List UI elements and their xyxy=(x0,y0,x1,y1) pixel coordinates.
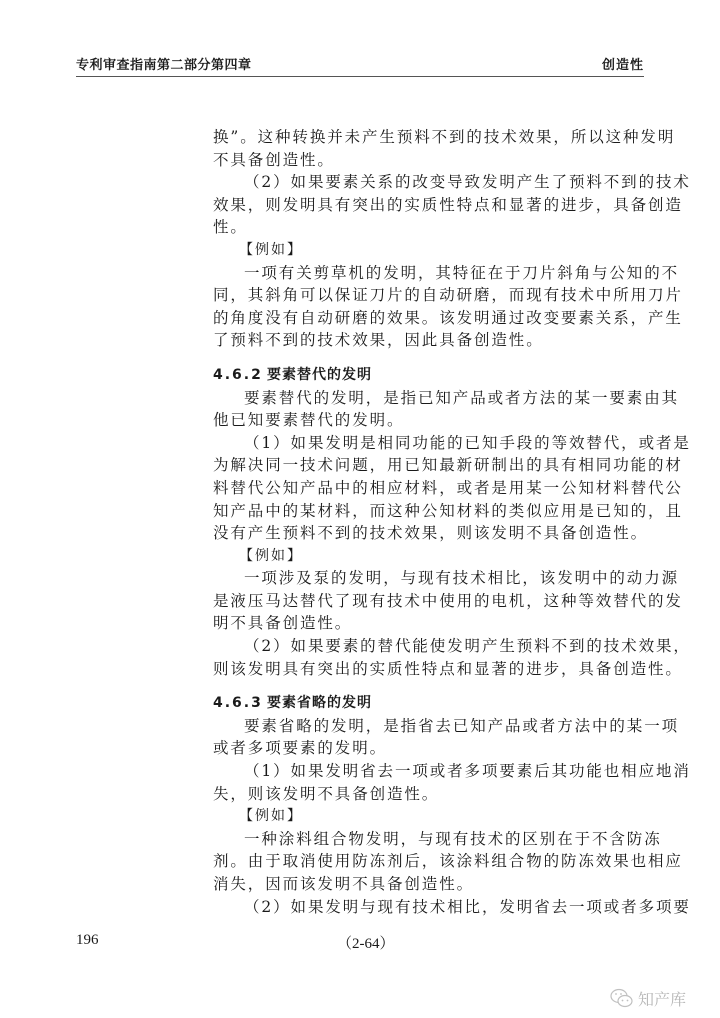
text-line: 同，其斜角可以保证刀片的自动研磨，而现有技术中所用刀片 xyxy=(213,284,647,307)
example-label: 【例如】 xyxy=(213,545,647,568)
watermark: 知产库 xyxy=(610,987,686,1010)
running-header: 专利审查指南第二部分第四章 创造性 xyxy=(76,58,644,77)
text-line: 则该发明具有突出的实质性特点和显著的进步，具备创造性。 xyxy=(213,658,647,681)
text-line: 一种涂料组合物发明，与现有技术的区别在于不含防冻 xyxy=(213,828,647,851)
section-title: 要素替代的发明 xyxy=(267,367,372,383)
text-line: 是液压马达替代了现有技术中使用的电机，这种等效替代的发 xyxy=(213,590,647,613)
intro-block: 换”。这种转换并未产生预料不到的技术效果，所以这种发明 不具备创造性。 （2）如… xyxy=(213,126,647,352)
text-line: 了预料不到的技术效果，因此具备创造性。 xyxy=(213,329,647,352)
text-line: 要素省略的发明，是指省去已知产品或者方法中的某一项 xyxy=(213,715,647,738)
text-line: 要素替代的发明，是指已知产品或者方法的某一要素由其 xyxy=(213,387,647,410)
text-line: （1）如果发明是相同功能的已知手段的等效替代，或者是 xyxy=(213,432,647,455)
text-line: 效果，则发明具有突出的实质性特点和显著的进步，具备创造 xyxy=(213,194,647,217)
wechat-icon xyxy=(610,988,634,1010)
header-section-title: 创造性 xyxy=(602,54,644,73)
section-heading: 4.6.3要素省略的发明 xyxy=(213,692,647,715)
text-line: 或者多项要素的发明。 xyxy=(213,737,647,760)
text-line: （2）如果要素关系的改变导致发明产生了预料不到的技术 xyxy=(213,171,647,194)
text-line: 知产品中的某材料，而这种公知材料的类似应用是已知的，且 xyxy=(213,500,647,523)
text-line: 明不具备创造性。 xyxy=(213,612,647,635)
text-line: 料替代公知产品中的相应材料，或者是用某一公知材料替代公 xyxy=(213,477,647,500)
text-line: （1）如果发明省去一项或者多项要素后其功能也相应地消 xyxy=(213,760,647,783)
text-line: 失，则该发明不具备创造性。 xyxy=(213,783,647,806)
text-line: 一项有关剪草机的发明，其特征在于刀片斜角与公知的不 xyxy=(213,262,647,285)
section-4-6-2: 4.6.2要素替代的发明 要素替代的发明，是指已知产品或者方法的某一要素由其 他… xyxy=(213,364,647,680)
page-number: 196 xyxy=(76,932,99,949)
text-line: 没有产生预料不到的技术效果，则该发明不具备创造性。 xyxy=(213,522,647,545)
text-line: （2）如果发明与现有技术相比，发明省去一项或者多项要 xyxy=(213,896,647,919)
text-line: 剂。由于取消使用防冻剂后，该涂料组合物的防冻效果也相应 xyxy=(213,850,647,873)
header-chapter-title: 专利审查指南第二部分第四章 xyxy=(76,54,252,73)
text-line: 为解决同一技术问题，用已知最新研制出的具有相同功能的材 xyxy=(213,454,647,477)
example-label: 【例如】 xyxy=(213,239,647,262)
text-line: 换”。这种转换并未产生预料不到的技术效果，所以这种发明 xyxy=(213,126,647,149)
text-line: 性。 xyxy=(213,216,647,239)
text-line: 不具备创造性。 xyxy=(213,149,647,172)
section-title: 要素省略的发明 xyxy=(267,695,372,711)
text-line: 的角度没有自动研磨的效果。该发明通过改变要素关系，产生 xyxy=(213,307,647,330)
text-line: 他已知要素替代的发明。 xyxy=(213,409,647,432)
watermark-text: 知产库 xyxy=(638,987,686,1010)
section-number: 4.6.3 xyxy=(213,692,267,715)
section-page-code: （2-64） xyxy=(337,932,395,953)
section-heading: 4.6.2要素替代的发明 xyxy=(213,364,647,387)
section-number: 4.6.2 xyxy=(213,364,267,387)
text-line: 一项涉及泵的发明，与现有技术相比，该发明中的动力源 xyxy=(213,567,647,590)
section-4-6-3: 4.6.3要素省略的发明 要素省略的发明，是指省去已知产品或者方法中的某一项 或… xyxy=(213,692,647,918)
text-line: （2）如果要素的替代能使发明产生预料不到的技术效果， xyxy=(213,635,647,658)
text-line: 消失，因而该发明不具备创造性。 xyxy=(213,873,647,896)
page-body: 换”。这种转换并未产生预料不到的技术效果，所以这种发明 不具备创造性。 （2）如… xyxy=(213,126,647,918)
example-label: 【例如】 xyxy=(213,805,647,828)
